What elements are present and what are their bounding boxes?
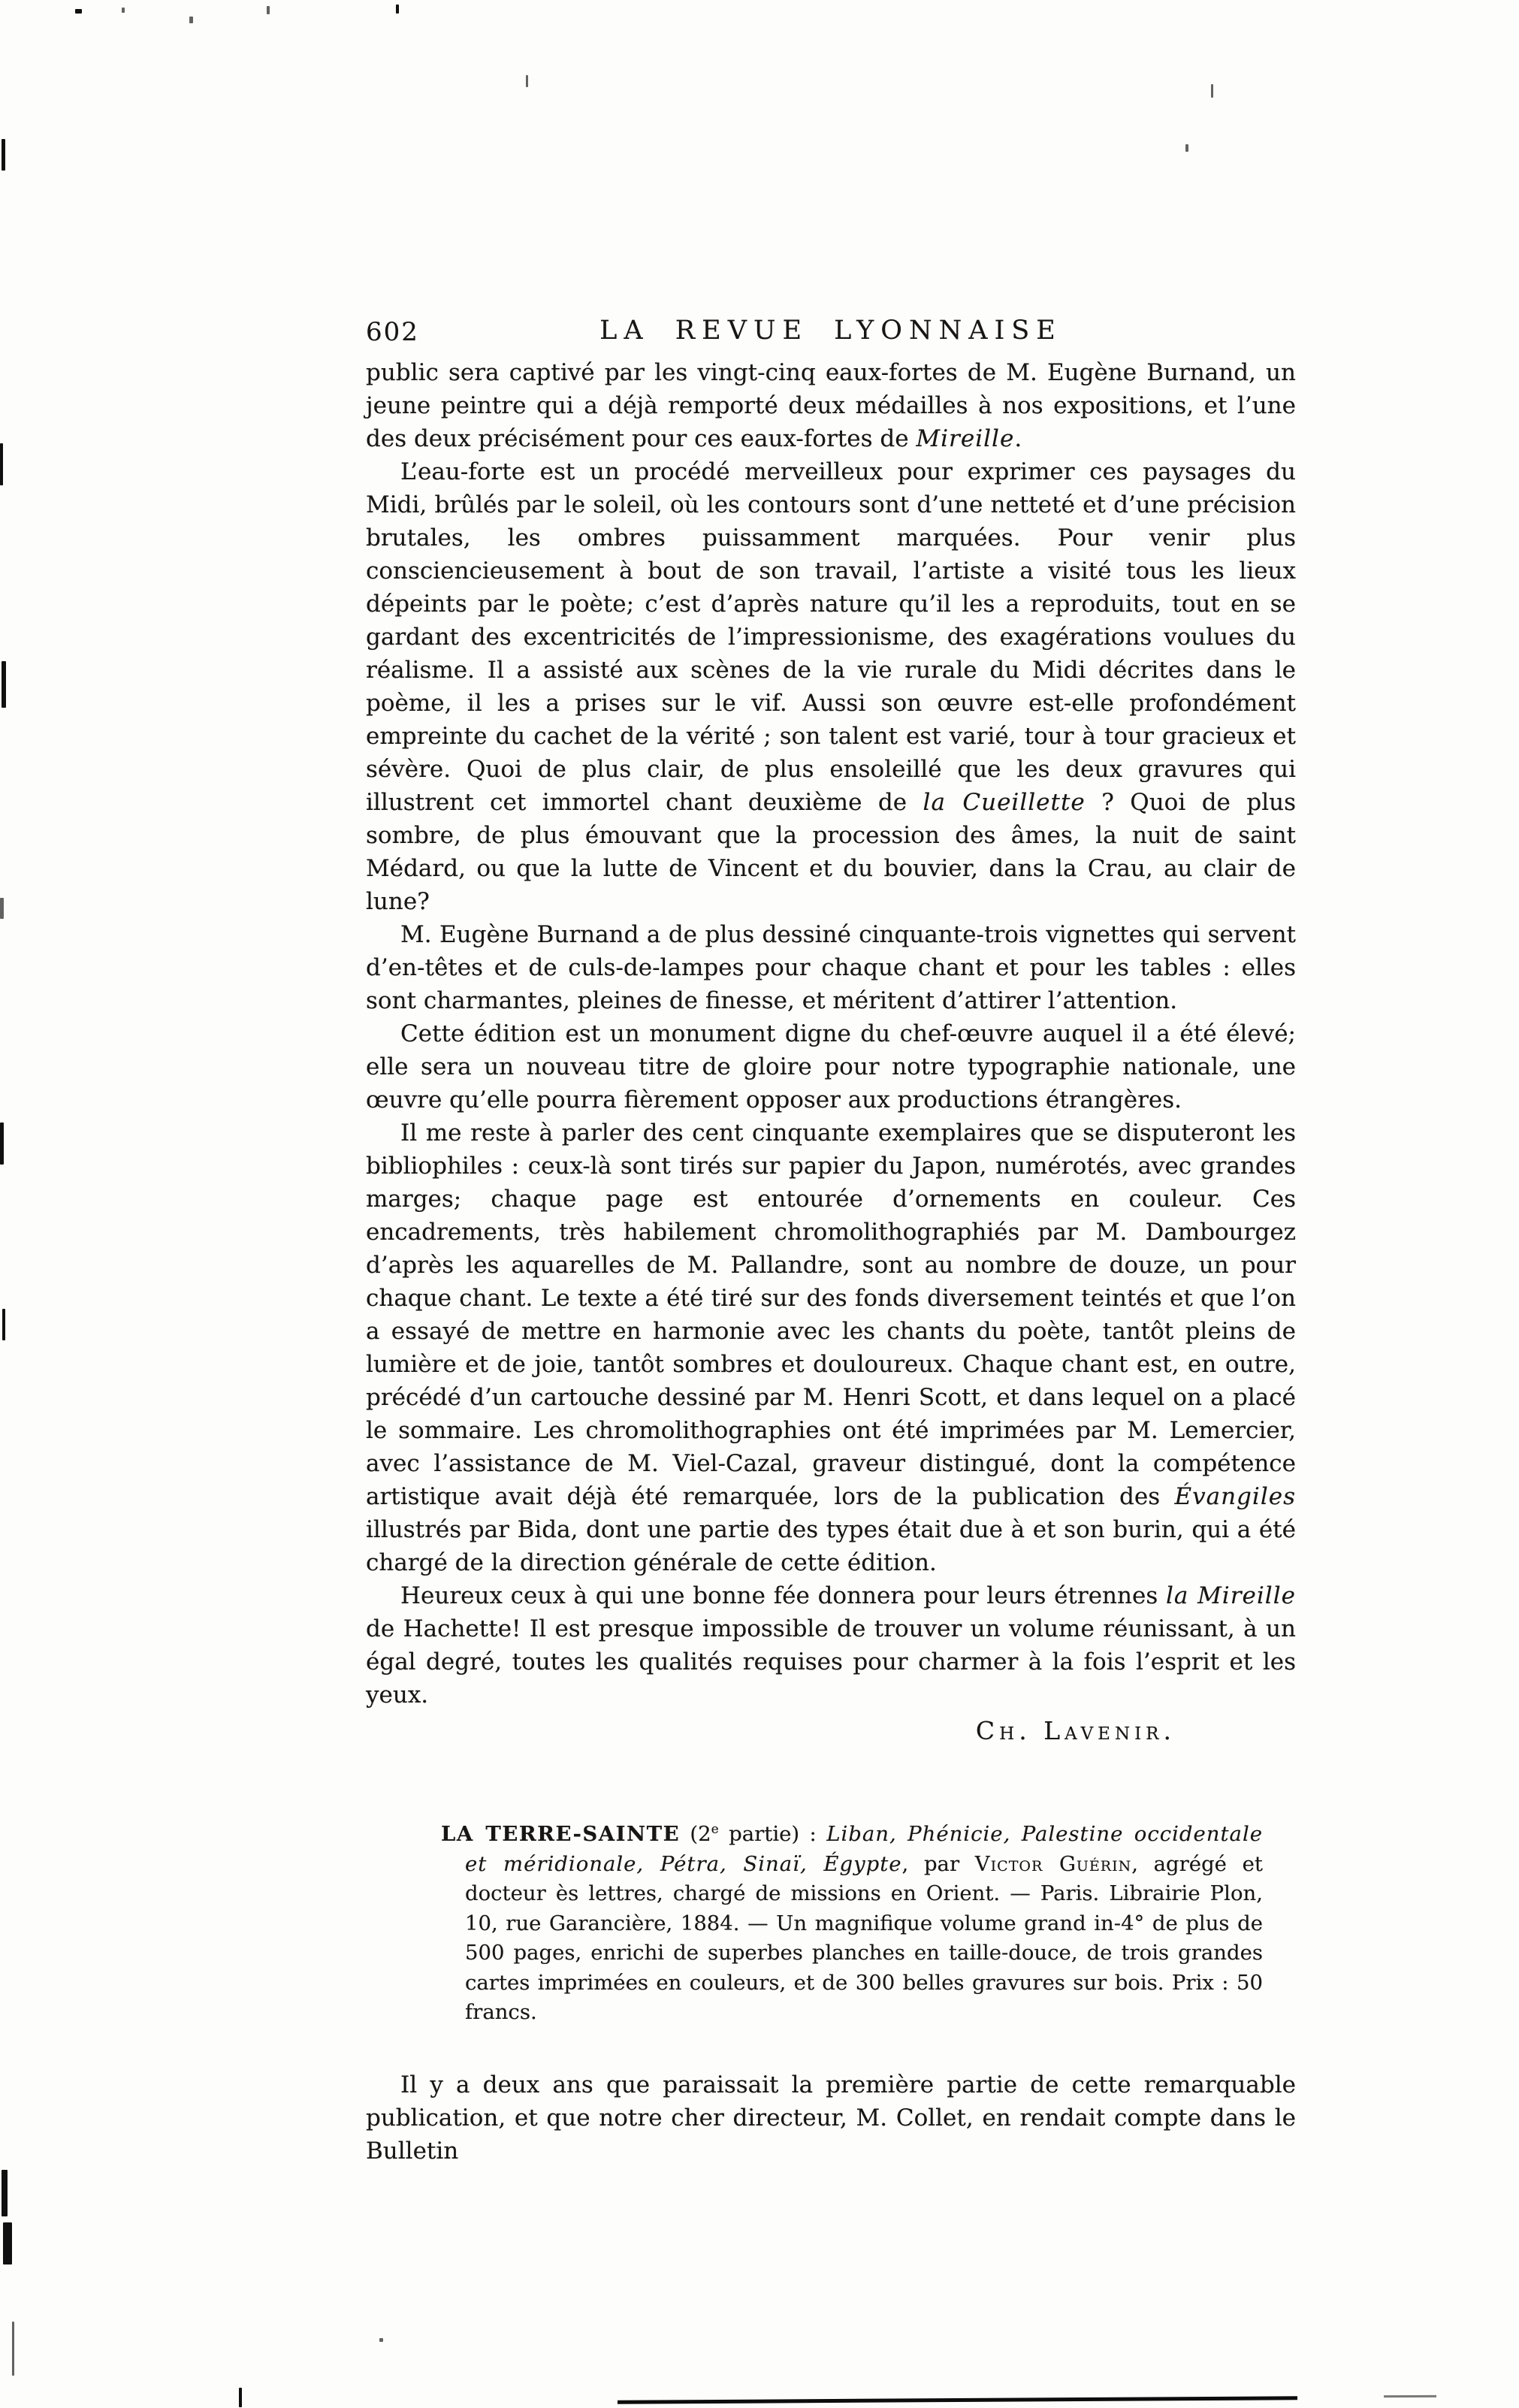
scan-mark — [267, 6, 270, 14]
scan-mark — [526, 75, 528, 87]
scan-mark — [3, 2222, 12, 2264]
bibliographic-note: LA TERRE-SAINTE (2e partie) : Liban, Phé… — [441, 1820, 1263, 2028]
scan-edge-line — [1384, 2395, 1436, 2397]
scan-mark — [1185, 144, 1188, 152]
scan-mark — [2, 2170, 8, 2216]
paragraph: L’eau-forte est un procédé merveilleux p… — [366, 455, 1296, 918]
paragraph: Il me reste à parler des cent cinquante … — [366, 1116, 1296, 1579]
scan-mark — [2, 1309, 5, 1340]
scanned-journal-page: 602 LA REVUE LYONNAISE public sera capti… — [0, 0, 1519, 2408]
scan-mark — [12, 2322, 14, 2376]
scan-mark — [239, 2388, 242, 2407]
paragraph: Cette édition est un monument digne du c… — [366, 1017, 1296, 1116]
scan-mark — [0, 443, 3, 485]
scan-mark — [379, 2338, 383, 2342]
scan-mark — [1211, 84, 1213, 98]
article-body: public sera captivé par les vingt-cinq e… — [366, 356, 1296, 2168]
paragraph: M. Eugène Burnand a de plus dessiné cinq… — [366, 918, 1296, 1017]
paragraph: public sera captivé par les vingt-cinq e… — [366, 356, 1296, 455]
journal-title: LA REVUE LYONNAISE — [366, 316, 1296, 346]
scan-edge-line — [618, 2396, 1297, 2404]
scan-mark — [75, 9, 82, 14]
author-signature: Ch. Lavenir. — [366, 1715, 1296, 1748]
article-paragraphs: public sera captivé par les vingt-cinq e… — [366, 356, 1296, 1712]
scan-mark — [2, 661, 6, 708]
scan-mark — [396, 5, 399, 14]
scan-mark — [122, 8, 125, 13]
scan-mark — [0, 1122, 4, 1165]
scan-mark — [189, 17, 193, 23]
paragraph: Il y a deux ans que paraissait la premiè… — [366, 2068, 1296, 2168]
running-head: 602 LA REVUE LYONNAISE — [366, 316, 1296, 350]
scan-mark — [0, 898, 4, 919]
closing-paragraph-container: Il y a deux ans que paraissait la premiè… — [366, 2068, 1296, 2168]
scan-mark — [2, 139, 5, 171]
paragraph: Heureux ceux à qui une bonne fée donnera… — [366, 1579, 1296, 1712]
